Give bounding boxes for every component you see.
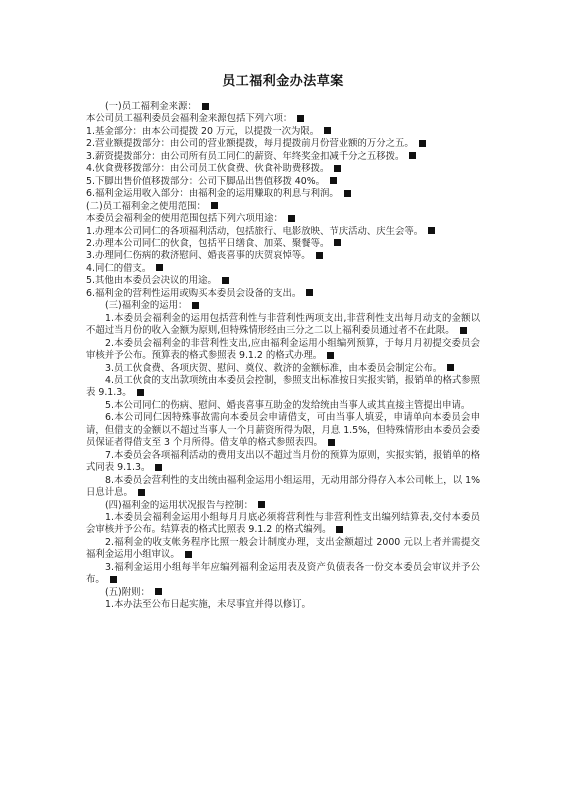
- paragraph-mark-icon: [334, 165, 341, 172]
- section-intro: 本委员会福利金的使用范围包括下列六项用途：: [86, 213, 480, 225]
- paragraph: 3.员工伙食费、各项庆贺、慰问、奠仪、救济的金额标准，由本委员会制定公布。: [86, 363, 480, 375]
- paragraph-mark-icon: [324, 127, 331, 134]
- document-body: (一)员工福利金来源： 本公司员工福利委员会福利金来源包括下列六项： 1.基金部…: [86, 101, 480, 612]
- paragraph: 2.福利金的收支帐务程序比照一般会计制度办理，支出金额超过 2000 元以上者并…: [86, 537, 480, 562]
- paragraph-mark-icon: [138, 489, 145, 496]
- paragraph: 2.本委员会福利金的非营利性支出,应由福利金运用小组编列预算，于每月月初提交委员…: [86, 338, 480, 363]
- section-heading: (三)福利金的运用：: [86, 300, 480, 312]
- list-item: 4.伙食费移拨部分：由公司员工伙食费、伙食补助费移拨。: [86, 163, 480, 175]
- paragraph-mark-icon: [192, 302, 199, 309]
- paragraph-mark-icon: [428, 227, 435, 234]
- paragraph: 3.福利金运用小组每半年应编列福利金运用表及资产负债表各一份交本委员会审议并予公…: [86, 562, 480, 587]
- paragraph-mark-icon: [288, 215, 295, 222]
- document-page: 员工福利金办法草案 (一)员工福利金来源： 本公司员工福利委员会福利金来源包括下…: [0, 0, 566, 800]
- paragraph-mark-icon: [202, 103, 209, 110]
- paragraph-mark-icon: [211, 202, 218, 209]
- paragraph-mark-icon: [155, 588, 162, 595]
- list-item: 5.其他由本委员会决议的用途。: [86, 275, 480, 287]
- list-item: 6.福利金运用收入部分：由福利金的运用赚取的利息与利润。: [86, 188, 480, 200]
- paragraph-mark-icon: [222, 277, 229, 284]
- paragraph: 8.本委员会营利性的支出统由福利金运用小组运用，无动用部分得存入本公司帐上，以 …: [86, 475, 480, 500]
- paragraph-mark-icon: [447, 364, 454, 371]
- paragraph-mark-icon: [156, 264, 163, 271]
- list-item: 4.同仁的借支。: [86, 263, 480, 275]
- paragraph-mark-icon: [330, 177, 337, 184]
- paragraph-mark-icon: [327, 352, 334, 359]
- paragraph-mark-icon: [155, 464, 162, 471]
- section-intro: 本公司员工福利委员会福利金来源包括下列六项：: [86, 113, 480, 125]
- list-item: 3.薪资提拨部分：由公司所有员工同仁的薪资、年终奖金扣减千分之五移拨。: [86, 151, 480, 163]
- paragraph-mark-icon: [409, 152, 416, 159]
- paragraph: 6.本公司同仁因特殊事故需向本委员会申请借支，可由当事人填妥，申请单向本委员会申…: [86, 412, 480, 449]
- list-item: 1.办理本公司同仁的各项福利活动，包括旅行、电影放映、节庆活动、庆生会等。: [86, 226, 480, 238]
- paragraph: 1.本委员会福利金的运用包括营利性与非营利性两项支出,非营利性支出每月动支的金额…: [86, 313, 480, 338]
- paragraph: 1.本委员会福利金运用小组每月月底必须将营利性与非营利性支出编列结算表,交付本委…: [86, 512, 480, 537]
- paragraph: 7.本委员会各项福利活动的费用支出以不超过当月份的预算为原则，实报实销，报销单的…: [86, 450, 480, 475]
- paragraph-mark-icon: [316, 252, 323, 259]
- document-title: 员工福利金办法草案: [0, 70, 566, 89]
- paragraph-mark-icon: [258, 501, 265, 508]
- list-item: 5.下脚出售价值移拨部分：公司下脚品出售值移拨 40%。: [86, 176, 480, 188]
- paragraph-mark-icon: [185, 551, 192, 558]
- list-item: 6.福利金的营利性运用或购买本委员会设备的支出。: [86, 288, 480, 300]
- paragraph-mark-icon: [336, 526, 343, 533]
- section-heading: (五)附则：: [86, 587, 480, 599]
- paragraph-mark-icon: [110, 576, 117, 583]
- paragraph-mark-icon: [297, 115, 304, 122]
- paragraph-mark-icon: [137, 389, 144, 396]
- paragraph-mark-icon: [328, 439, 335, 446]
- paragraph: 1.本办法至公布日起实施，未尽事宜并得以修订。: [86, 599, 480, 611]
- paragraph: 5.本公司同仁的伤病、慰问、婚丧喜事互助金的发给统由当事人或其直接主管提出申请。: [86, 400, 480, 412]
- paragraph: 4.员工伙食的支出款项统由本委员会控制，参照支出标准按日实报实销，报销单的格式参…: [86, 375, 480, 400]
- list-item: 1.基金部分：由本公司提拨 20 万元，以提拨一次为限。: [86, 126, 480, 138]
- list-item: 2.办理本公司同仁的伙食，包括平日缮食、加菜、聚餐等。: [86, 238, 480, 250]
- paragraph-mark-icon: [344, 190, 351, 197]
- paragraph-mark-icon: [419, 140, 426, 147]
- section-heading: (二)员工福利金之使用范围：: [86, 201, 480, 213]
- paragraph-mark-icon: [334, 239, 341, 246]
- paragraph-mark-icon: [460, 327, 467, 334]
- section-heading: (四)福利金的运用状况报告与控制：: [86, 500, 480, 512]
- paragraph-mark-icon: [306, 289, 313, 296]
- list-item: 3.办理同仁伤病的救济慰问、婚丧喜事的庆贺哀悼等。: [86, 250, 480, 262]
- list-item: 2.营业额提拨部分：由公司的营业额提拨，每月提拨前月份营业额的万分之五。: [86, 138, 480, 150]
- section-heading: (一)员工福利金来源：: [86, 101, 480, 113]
